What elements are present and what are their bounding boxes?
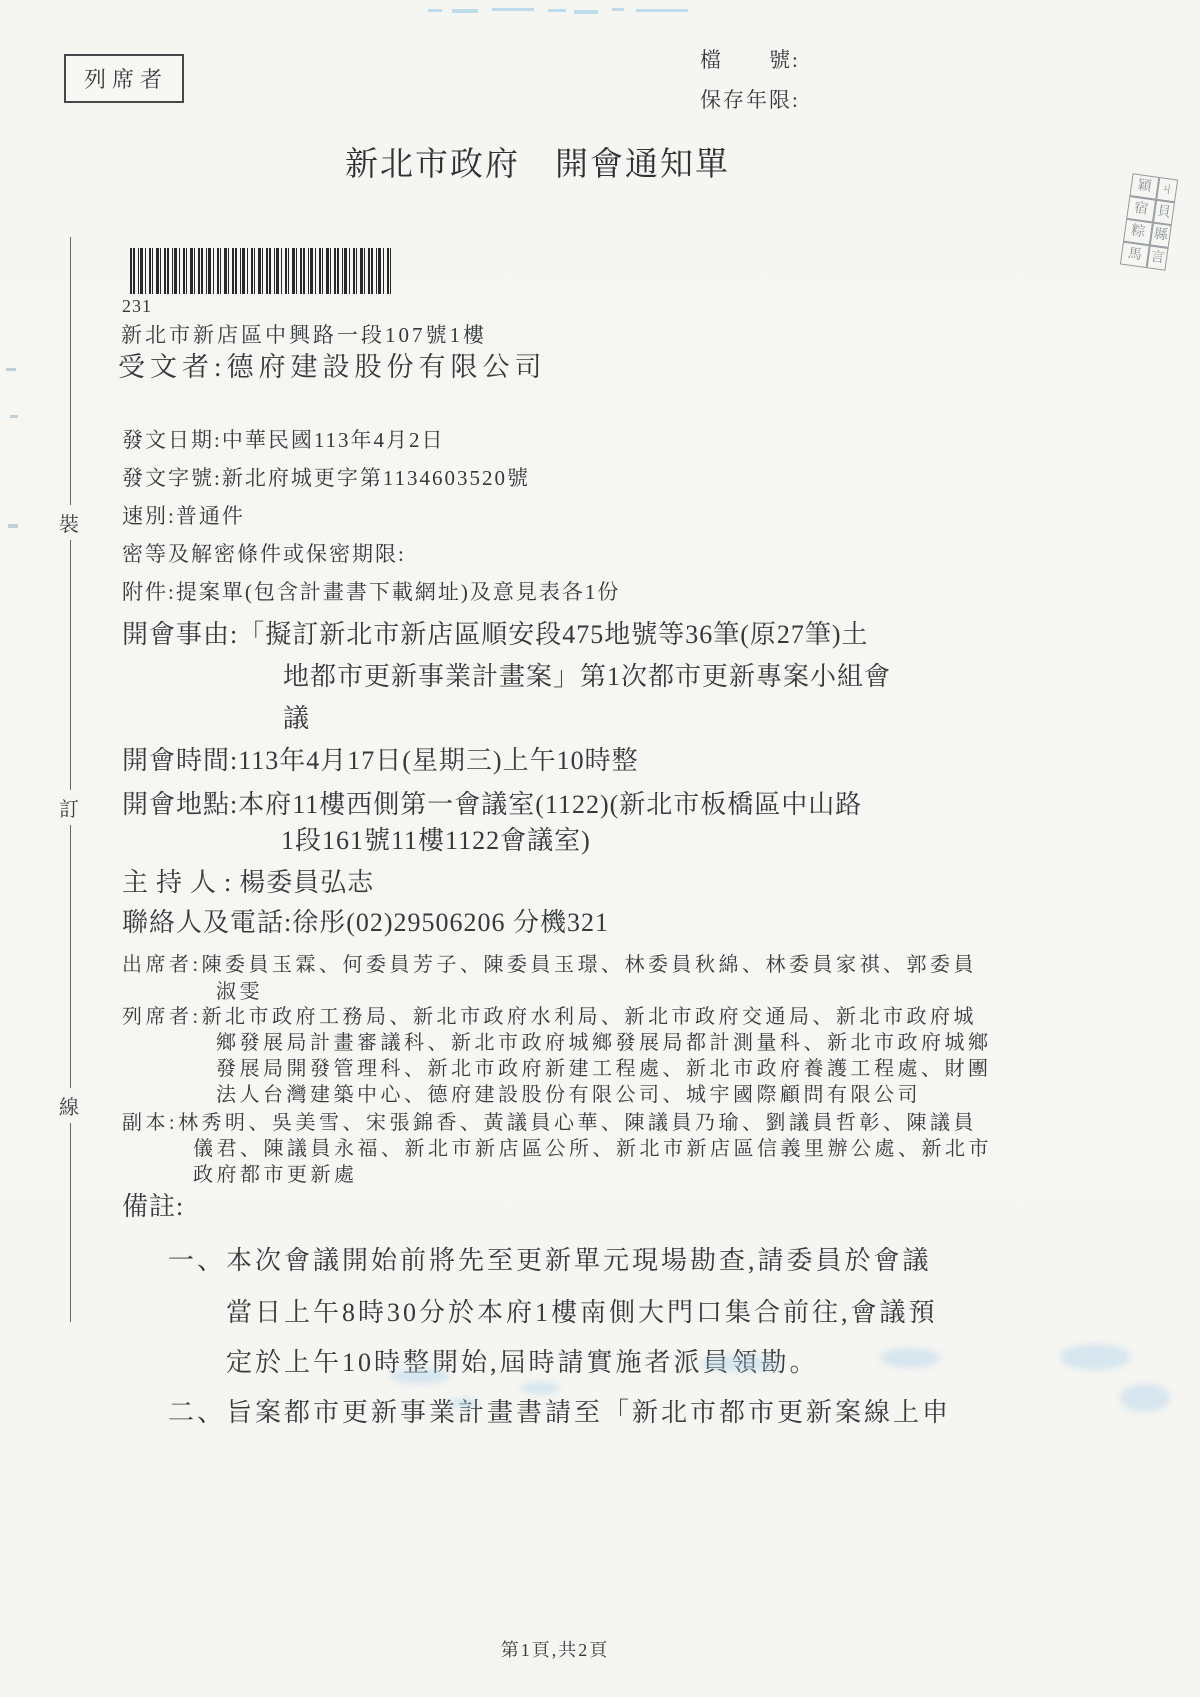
binding-mark-zhuang: 裝 xyxy=(59,505,79,540)
remark-item2-marker: 二、 xyxy=(168,1398,226,1427)
scan-artifact-smudge xyxy=(1060,1344,1130,1370)
cc-names: 林秀明、吳美雪、宋張錦香、黃議員心華、陳議員乃瑜、劉議員哲彰、陳議員 xyxy=(178,1112,977,1134)
scan-artifact-smudge xyxy=(1120,1384,1170,1412)
seal-glyph: 言 xyxy=(1147,245,1169,270)
corner-attendee-label: 列席者 xyxy=(84,67,168,92)
meeting-place-label: 開會地點: xyxy=(122,790,238,819)
page-footer: 第1頁,共2頁 xyxy=(0,1636,1110,1662)
security-line: 密等及解密條件或保密期限: xyxy=(122,538,406,568)
binding-mark-ding: 訂 xyxy=(59,790,79,825)
scan-artifact-smudge xyxy=(520,1382,560,1394)
meeting-chair-label: 主持人: xyxy=(122,868,239,897)
observer-line-2: 鄉發展局計畫審議科、新北市政府城鄉發展局都計測量科、新北市政府城鄉 xyxy=(216,1026,992,1055)
remark-item2-text: 旨案都市更新事業計畫書請至「新北市都市更新案線上申 xyxy=(226,1398,951,1427)
priority-line: 速別:普通件 xyxy=(122,500,245,530)
seal-glyph: ㄐ xyxy=(1156,177,1178,202)
binding-mark-xian: 線 xyxy=(59,1088,79,1123)
remarks-label: 備註: xyxy=(122,1186,184,1223)
scan-artifact-dash xyxy=(636,9,688,12)
scan-artifact-smudge xyxy=(700,1356,780,1372)
scan-artifact-dash xyxy=(548,9,566,12)
remark-item1-marker: 一、 xyxy=(168,1246,226,1275)
cc-label: 副本: xyxy=(122,1112,178,1134)
meeting-place-line-2: 1段161號11樓1122會議室) xyxy=(281,820,591,857)
scan-artifact-dash xyxy=(612,8,624,11)
meeting-subject-line-1: 開會事由:「擬訂新北市新店區順安段475地號等36筆(原27筆)土 xyxy=(122,614,869,651)
meeting-subject-line-3: 議 xyxy=(283,698,310,735)
meeting-contact-value: 徐彤(02)29506206 分機321 xyxy=(292,908,609,937)
remark-item1-line-1: 一、本次會議開始前將先至更新單元現場勘查,請委員於會議 xyxy=(168,1240,932,1277)
remark-item1-text: 本次會議開始前將先至更新單元現場勘查,請委員於會議 xyxy=(226,1246,932,1275)
scan-artifact-dash xyxy=(574,10,598,14)
agency-seal-stamp-icon: 穎 ㄐ 宿 貝 粽 縣 馬 言 xyxy=(1120,173,1178,271)
meeting-subject-text: 「擬訂新北市新店區順安段475地號等36筆(原27筆)土 xyxy=(238,620,868,649)
cc-line-1: 副本:林秀明、吳美雪、宋張錦香、黃議員心華、陳議員乃瑜、劉議員哲彰、陳議員 xyxy=(122,1106,977,1135)
retention-label: 保存年限: xyxy=(700,84,800,114)
seal-glyph: 縣 xyxy=(1150,223,1172,248)
meeting-place-line-1: 開會地點:本府11樓西側第一會議室(1122)(新北市板橋區中山路 xyxy=(122,784,862,821)
scan-artifact-smudge xyxy=(390,1368,450,1384)
scan-artifact-dash xyxy=(492,8,534,11)
scan-artifact-dash xyxy=(452,9,478,13)
meeting-chair-value: 楊委員弘志 xyxy=(239,868,374,897)
cc-line-3: 政府都市更新處 xyxy=(193,1158,358,1187)
recipient-line: 受文者:德府建設股份有限公司 xyxy=(118,345,547,384)
meeting-contact-label: 聯絡人及電話: xyxy=(122,908,292,937)
meeting-subject-line-2: 地都市更新事業計畫案」第1次都市更新專案小組會 xyxy=(283,656,891,693)
corner-attendee-box: 列席者 xyxy=(64,54,184,103)
doc-number-line: 發文字號:新北府城更字第1134603520號 xyxy=(122,462,530,492)
present-names: 陳委員玉霖、何委員芳子、陳委員玉璟、林委員秋綿、林委員家祺、郭委員 xyxy=(202,954,978,976)
seal-glyph: 貝 xyxy=(1153,200,1175,225)
scan-artifact-speck xyxy=(10,415,18,418)
observer-line-1: 列席者:新北市政府工務局、新北市政府水利局、新北市政府交通局、新北市政府城 xyxy=(122,1000,977,1029)
observer-line-4: 法人台灣建築中心、德府建設股份有限公司、城宇國際顧問有限公司 xyxy=(216,1078,921,1107)
page-title: 新北市政府 開會通知單 xyxy=(345,138,730,185)
scan-artifact-speck xyxy=(8,524,18,528)
remark-item1-line-2: 當日上午8時30分於本府1樓南側大門口集合前往,會議預 xyxy=(226,1292,938,1329)
file-number-label: 檔 號: xyxy=(700,44,800,74)
scan-artifact-dash xyxy=(428,9,442,12)
cc-line-2: 儀君、陳議員永福、新北市新店區公所、新北市新店區信義里辦公處、新北市 xyxy=(193,1132,992,1161)
scan-artifact-speck xyxy=(6,368,16,371)
seal-glyph: 馬 xyxy=(1120,242,1150,269)
observer-label: 列席者: xyxy=(122,1006,202,1028)
meeting-time-line: 開會時間:113年4月17日(星期三)上午10時整 xyxy=(122,740,639,777)
meeting-time-label: 開會時間: xyxy=(122,746,238,775)
observer-names: 新北市政府工務局、新北市政府水利局、新北市政府交通局、新北市政府城 xyxy=(202,1006,978,1028)
scan-artifact-smudge xyxy=(880,1348,940,1368)
meeting-subject-label: 開會事由: xyxy=(122,620,238,649)
meeting-contact-line: 聯絡人及電話:徐彤(02)29506206 分機321 xyxy=(122,902,609,939)
scanned-meeting-notice-page: 列席者 檔 號: 保存年限: 新北市政府 開會通知單 穎 ㄐ 宿 貝 粽 縣 馬… xyxy=(0,0,1200,1697)
binding-line xyxy=(70,237,71,1322)
meeting-time-value: 113年4月17日(星期三)上午10時整 xyxy=(238,746,638,775)
present-label: 出席者: xyxy=(122,954,202,976)
observer-line-3: 發展局開發管理科、新北市政府新建工程處、新北市政府養護工程處、財團 xyxy=(216,1052,992,1081)
present-line-1: 出席者:陳委員玉霖、何委員芳子、陳委員玉璟、林委員秋綿、林委員家祺、郭委員 xyxy=(122,948,977,977)
issue-date-line: 發文日期:中華民國113年4月2日 xyxy=(122,424,445,454)
remark-item2-line-1: 二、旨案都市更新事業計畫書請至「新北市都市更新案線上申 xyxy=(168,1392,951,1429)
barcode xyxy=(130,248,392,294)
meeting-place-text: 本府11樓西側第一會議室(1122)(新北市板橋區中山路 xyxy=(238,790,862,819)
scan-artifact-smudge xyxy=(448,1398,478,1408)
attachment-line: 附件:提案單(包含計畫書下載網址)及意見表各1份 xyxy=(122,576,620,606)
barcode-number: 231 xyxy=(122,296,152,317)
meeting-chair-line: 主持人:楊委員弘志 xyxy=(122,862,374,899)
